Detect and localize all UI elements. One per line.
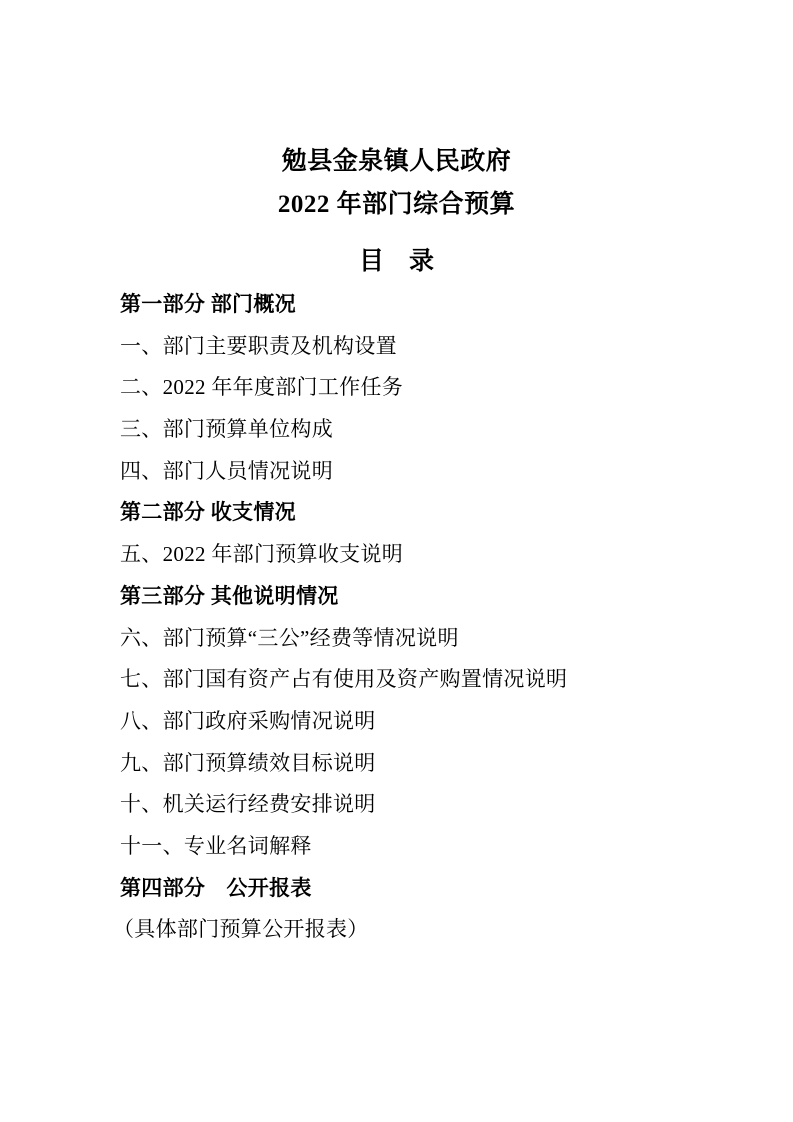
document-title-block: 勉县金泉镇人民政府 2022 年部门综合预算 [0, 0, 793, 226]
toc-item-10: 十、机关运行经费安排说明 [120, 784, 793, 826]
toc-part4-heading: 第四部分 公开报表 [120, 868, 793, 910]
toc-part2-heading: 第二部分 收支情况 [120, 492, 793, 534]
toc-item-8: 八、部门政府采购情况说明 [120, 701, 793, 743]
toc-item-6: 六、部门预算“三公”经费等情况说明 [120, 618, 793, 660]
toc-list: 第一部分 部门概况 一、部门主要职责及机构设置 二、2022 年年度部门工作任务… [0, 283, 793, 951]
toc-item-1: 一、部门主要职责及机构设置 [120, 326, 793, 368]
toc-item-report-note: （具体部门预算公开报表） [113, 909, 793, 951]
toc-heading: 目 录 [0, 240, 793, 283]
toc-item-7: 七、部门国有资产占有使用及资产购置情况说明 [120, 659, 793, 701]
toc-part3-heading: 第三部分 其他说明情况 [120, 576, 793, 618]
document-page: 勉县金泉镇人民政府 2022 年部门综合预算 目 录 第一部分 部门概况 一、部… [0, 0, 793, 1122]
document-title-line1: 勉县金泉镇人民政府 [0, 140, 793, 183]
toc-item-9: 九、部门预算绩效目标说明 [120, 743, 793, 785]
toc-item-3: 三、部门预算单位构成 [120, 409, 793, 451]
document-title-line2: 2022 年部门综合预算 [0, 183, 793, 226]
toc-item-4: 四、部门人员情况说明 [120, 451, 793, 493]
toc-item-11: 十一、专业名词解释 [120, 826, 793, 868]
toc-item-5: 五、2022 年部门预算收支说明 [120, 534, 793, 576]
toc-item-2: 二、2022 年年度部门工作任务 [120, 367, 793, 409]
toc-part1-heading: 第一部分 部门概况 [120, 284, 793, 326]
